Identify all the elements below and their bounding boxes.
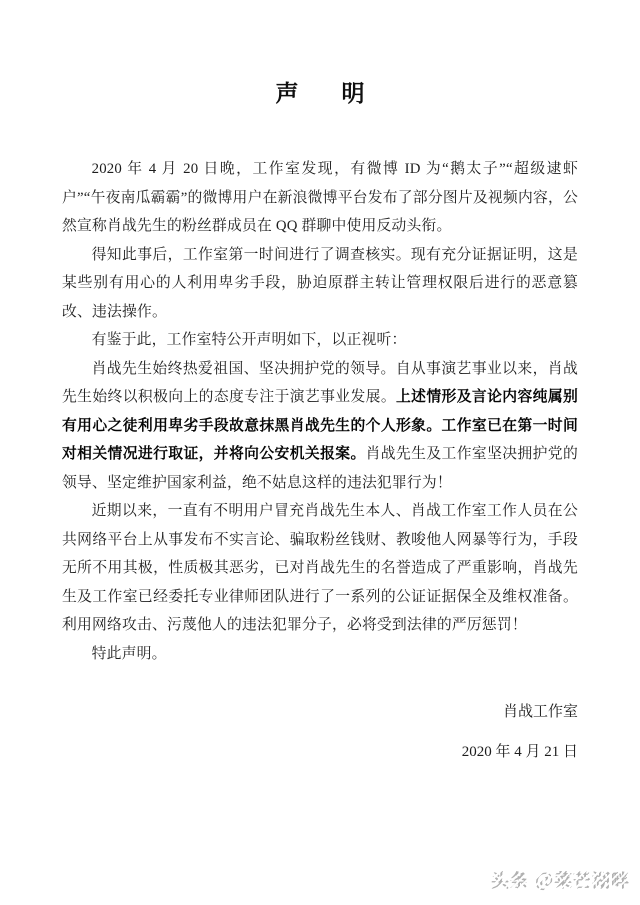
statement-document: 声 明 2020 年 4 月 20 日晚，工作室发现，有微博 ID 为“鹅太子”…	[62, 82, 578, 766]
closing-statement: 特此声明。	[62, 640, 578, 669]
signature-studio-name: 肖战工作室	[62, 698, 578, 727]
watermark-text: 头条 ＠菜芒湖畔	[491, 871, 630, 891]
document-body: 2020 年 4 月 20 日晚，工作室发现，有微博 ID 为“鹅太子”“超级逮…	[62, 155, 578, 668]
paragraph-declaration-intro: 有鉴于此，工作室特公开声明如下，以正视听：	[62, 326, 578, 355]
document-title-char-1: 声	[276, 82, 299, 105]
statement-document-page: 声 明 2020 年 4 月 20 日晚，工作室发现，有微博 ID 为“鹅太子”…	[0, 0, 640, 905]
toutiao-watermark: 头条 ＠菜芒湖畔	[489, 870, 632, 894]
signature-date: 2020 年 4 月 21 日	[62, 738, 578, 767]
paragraph-impersonation-warning: 近期以来，一直有不明用户冒充肖战先生本人、肖战工作室工作人员在公共网络平台上从事…	[62, 497, 578, 640]
paragraph-investigation: 得知此事后，工作室第一时间进行了调查核实。现有充分证据证明，这是某些别有用心的人…	[62, 241, 578, 327]
document-title: 声 明	[62, 82, 578, 105]
paragraph-incident: 2020 年 4 月 20 日晚，工作室发现，有微博 ID 为“鹅太子”“超级逮…	[62, 155, 578, 241]
document-title-char-2: 明	[342, 82, 365, 105]
paragraph-position-statement: 肖战先生始终热爱祖国、坚决拥护党的领导。自从事演艺事业以来，肖战先生始终以积极向…	[62, 355, 578, 498]
